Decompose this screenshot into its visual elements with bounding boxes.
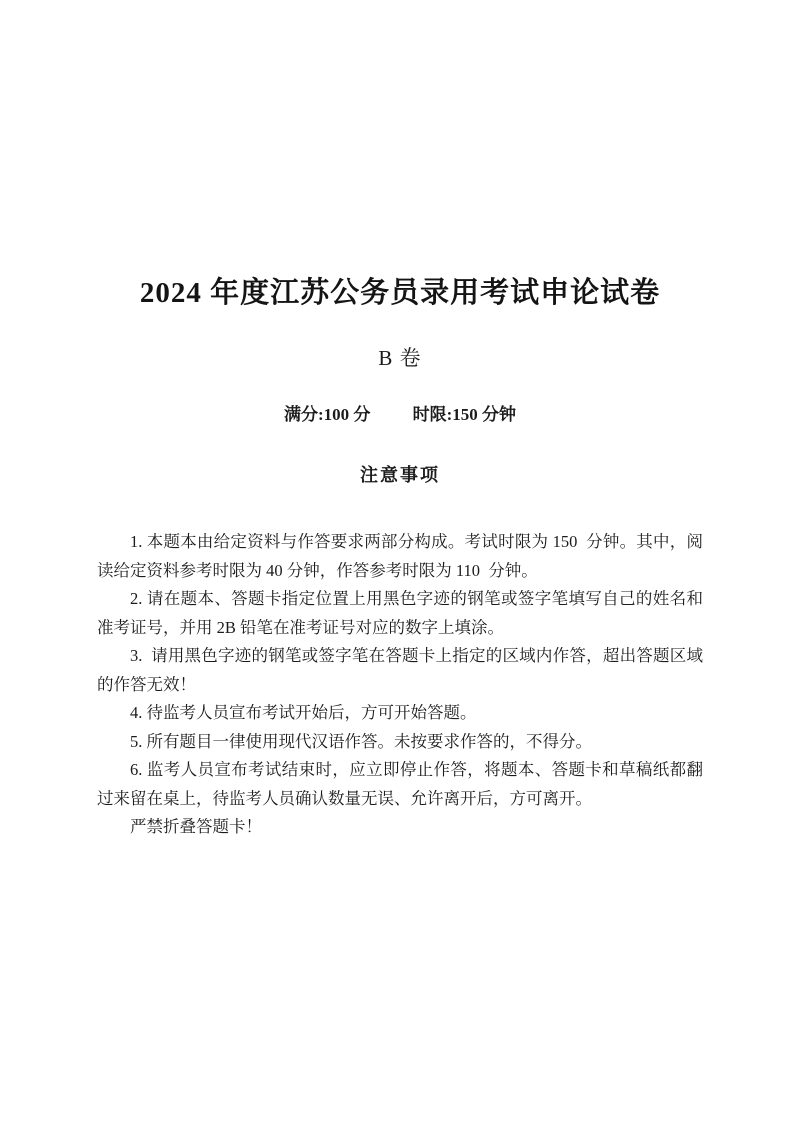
notice-item-4: 4. 待监考人员宣布考试开始后，方可开始答题。 — [97, 699, 703, 728]
warning-line: 严禁折叠答题卡！ — [97, 813, 703, 842]
page-title: 2024 年度江苏公务员录用考试申论试卷 — [0, 0, 800, 311]
notice-item-5: 5. 所有题目一律使用现代汉语作答。未按要求作答的，不得分。 — [97, 728, 703, 757]
full-score-label: 满分:100 分 — [284, 405, 370, 424]
notice-list: 1. 本题本由给定资料与作答要求两部分构成。考试时限为 150 分钟。其中，阅读… — [97, 528, 703, 842]
notice-item-2: 2. 请在题本、答题卡指定位置上用黑色字迹的钢笔或签字笔填写自己的姓名和准考证号… — [97, 585, 703, 642]
notice-item-3: 3. 请用黑色字迹的钢笔或签字笔在答题卡上指定的区域内作答，超出答题区域的作答无… — [97, 642, 703, 699]
notice-item-6: 6. 监考人员宣布考试结束时，应立即停止作答，将题本、答题卡和草稿纸都翻过来留在… — [97, 756, 703, 813]
paper-version-label: B 卷 — [0, 344, 800, 372]
time-limit-label: 时限:150 分钟 — [413, 405, 516, 424]
exam-cover-page: 2024 年度江苏公务员录用考试申论试卷 B 卷 满分:100 分 时限:150… — [0, 0, 800, 1131]
notice-item-1: 1. 本题本由给定资料与作答要求两部分构成。考试时限为 150 分钟。其中，阅读… — [97, 528, 703, 585]
exam-meta: 满分:100 分 时限:150 分钟 — [0, 403, 800, 427]
notice-heading: 注意事项 — [0, 463, 800, 488]
